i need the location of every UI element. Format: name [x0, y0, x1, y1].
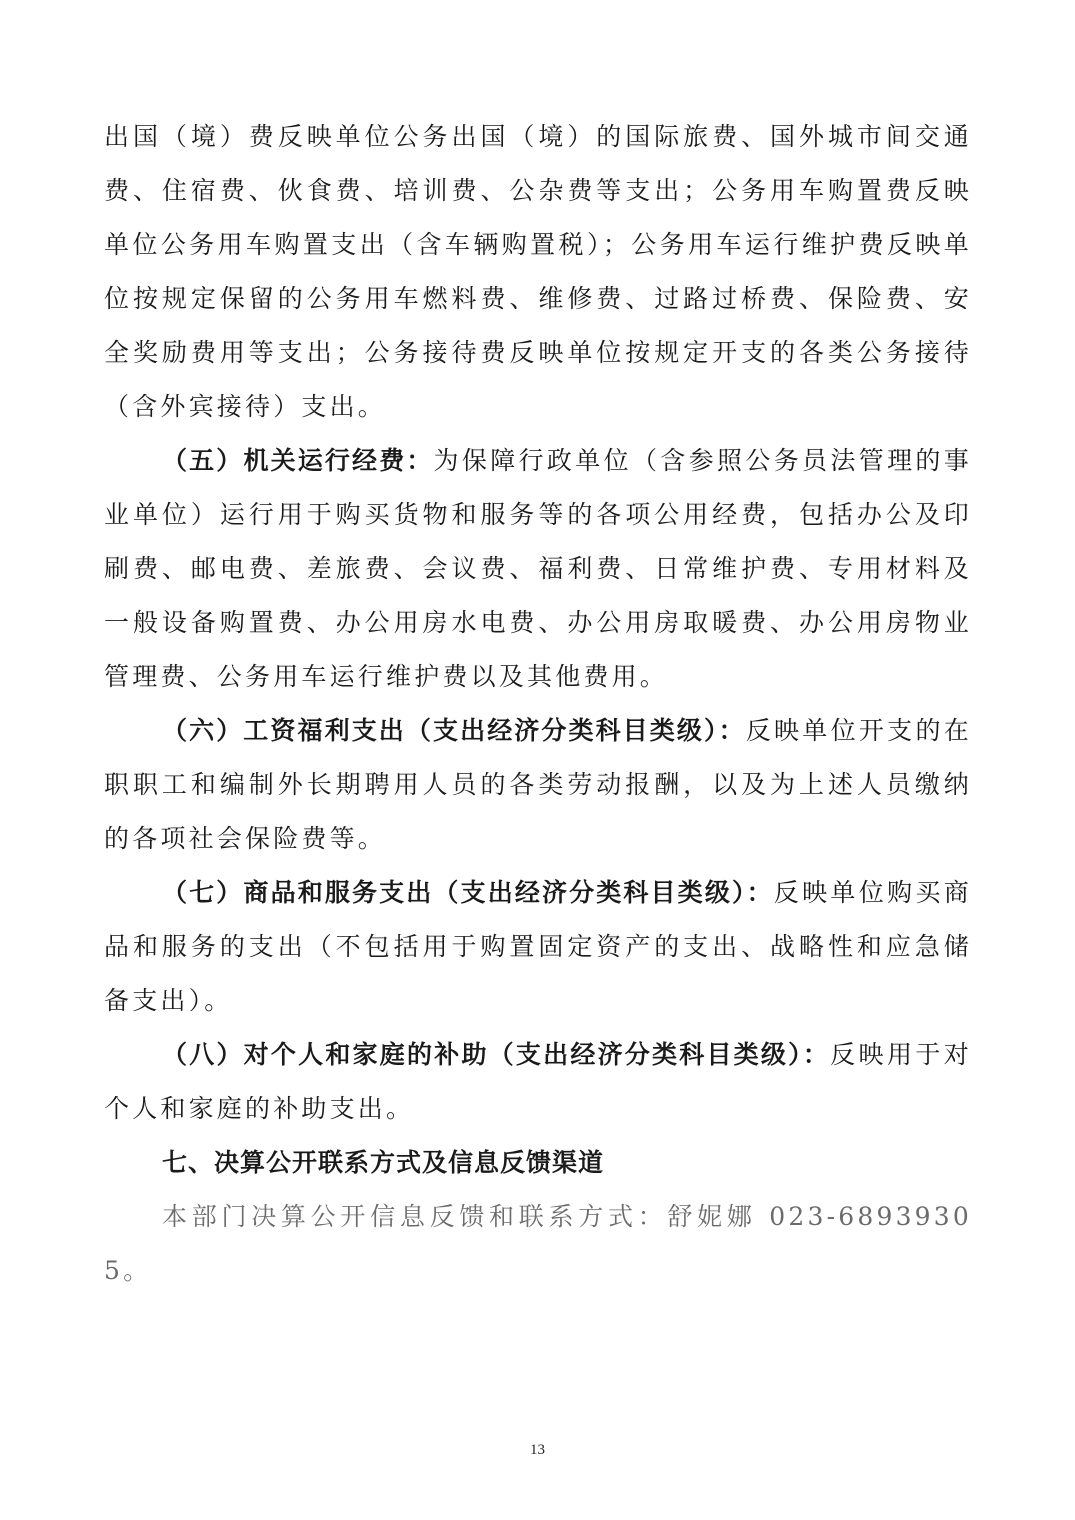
paragraph-section-5: （五）机关运行经费：为保障行政单位（含参照公务员法管理的事业单位）运行用于购买货… [104, 434, 972, 704]
heading-contact-section: 七、决算公开联系方式及信息反馈渠道 [104, 1136, 972, 1190]
contact-info: 本部门决算公开信息反馈和联系方式：舒妮娜 023-68939305。 [104, 1190, 972, 1298]
paragraph-travel-expenses: 出国（境）费反映单位公务出国（境）的国际旅费、国外城市间交通费、住宿费、伙食费、… [104, 110, 972, 434]
section-8-title: （八）对个人和家庭的补助（支出经济分类科目类级）： [162, 1040, 830, 1069]
section-5-title: （五）机关运行经费： [162, 446, 434, 475]
paragraph-text: 出国（境）费反映单位公务出国（境）的国际旅费、国外城市间交通费、住宿费、伙食费、… [104, 122, 972, 421]
paragraph-section-6: （六）工资福利支出（支出经济分类科目类级）：反映单位开支的在职职工和编制外长期聘… [104, 704, 972, 866]
section-7-title: （七）商品和服务支出（支出经济分类科目类级）： [162, 878, 774, 907]
paragraph-section-8: （八）对个人和家庭的补助（支出经济分类科目类级）：反映用于对个人和家庭的补助支出… [104, 1028, 972, 1136]
document-page: 出国（境）费反映单位公务出国（境）的国际旅费、国外城市间交通费、住宿费、伙食费、… [104, 110, 972, 1298]
page-number: 13 [0, 1442, 1075, 1459]
section-5-text: 为保障行政单位（含参照公务员法管理的事业单位）运行用于购买货物和服务等的各项公用… [104, 446, 972, 691]
section-6-title: （六）工资福利支出（支出经济分类科目类级）： [162, 716, 746, 745]
paragraph-section-7: （七）商品和服务支出（支出经济分类科目类级）：反映单位购买商品和服务的支出（不包… [104, 866, 972, 1028]
